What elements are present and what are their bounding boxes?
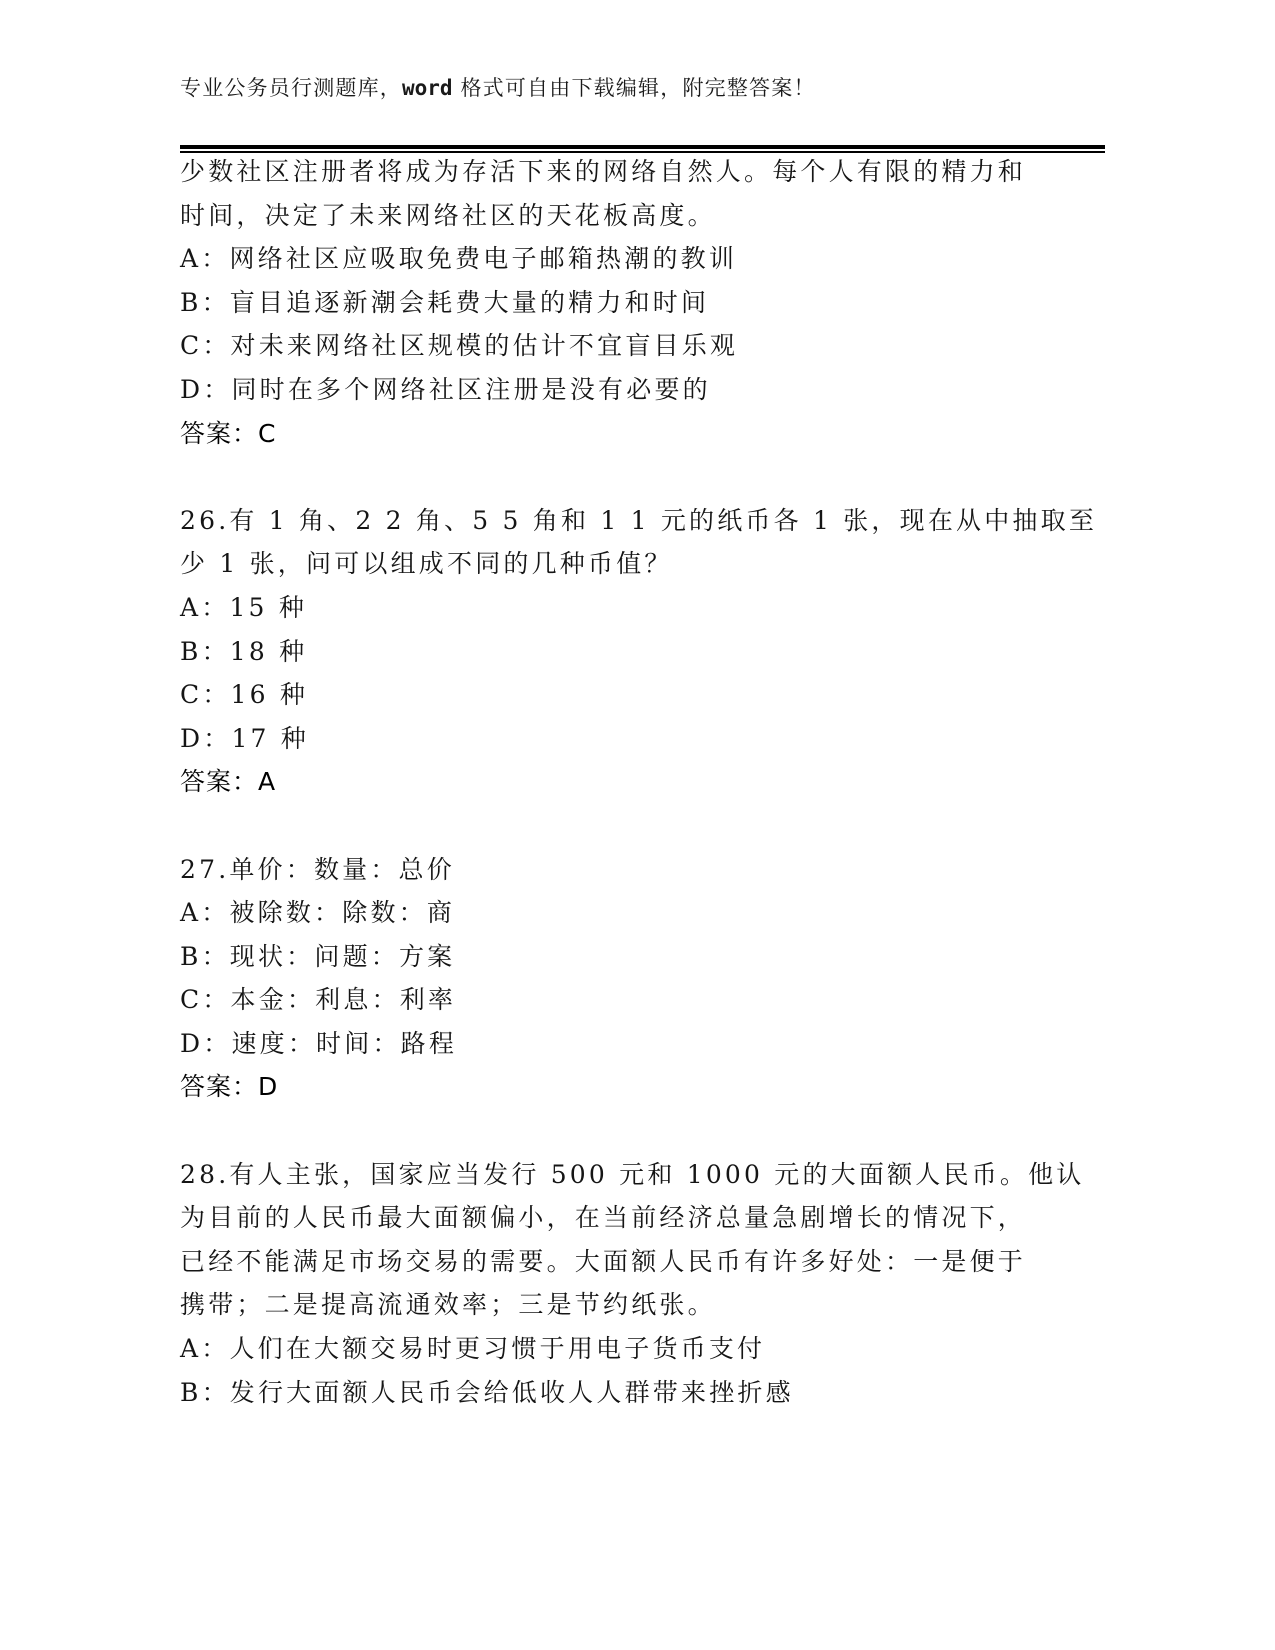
question-stem-line: 携带；二是提高流通效率；三是节约纸张。 xyxy=(180,1283,1040,1327)
option-a: A：人们在大额交易时更习惯于用电子货币支付 xyxy=(180,1327,1040,1371)
question-stem-line: 少 1 张，问可以组成不同的几种币值？ xyxy=(180,542,1040,586)
option-b: B：盲目追逐新潮会耗费大量的精力和时间 xyxy=(180,281,1040,325)
answer-label: 答案：A xyxy=(180,760,1040,804)
question-stem-line: 已经不能满足市场交易的需要。大面额人民币有许多好处：一是便于 xyxy=(180,1240,1040,1284)
question-stem-line: 少数社区注册者将成为存活下来的网络自然人。每个人有限的精力和 xyxy=(180,150,1040,194)
option-c: C：16 种 xyxy=(180,673,1040,717)
option-c: C：本金：利息：利率 xyxy=(180,978,1040,1022)
question-stem-line: 27.单价：数量：总价 xyxy=(180,848,1040,892)
option-a: A：网络社区应吸取免费电子邮箱热潮的教训 xyxy=(180,237,1040,281)
option-a: A：15 种 xyxy=(180,586,1040,630)
header-text-part1: 专业公务员行测题库， xyxy=(180,76,402,100)
document-page: 专业公务员行测题库，word 格式可自由下载编辑，附完整答案！ 少数社区注册者将… xyxy=(0,0,1275,1650)
answer-label: 答案：C xyxy=(180,412,1040,456)
option-b: B：现状：问题：方案 xyxy=(180,935,1040,979)
question-stem-line: 28.有人主张，国家应当发行 500 元和 1000 元的大面额人民币。他认 xyxy=(180,1153,1040,1197)
spacer xyxy=(180,804,1040,848)
question-stem-line: 为目前的人民币最大面额偏小，在当前经济总量急剧增长的情况下， xyxy=(180,1196,1040,1240)
document-body: 少数社区注册者将成为存活下来的网络自然人。每个人有限的精力和 时间，决定了未来网… xyxy=(180,150,1040,1414)
option-d: D：速度：时间：路程 xyxy=(180,1022,1040,1066)
option-d: D：同时在多个网络社区注册是没有必要的 xyxy=(180,368,1040,412)
header-text-word: word xyxy=(402,76,453,100)
spacer xyxy=(180,455,1040,499)
question-block-26: 26.有 1 角、2 2 角、5 5 角和 1 1 元的纸币各 1 张，现在从中… xyxy=(180,499,1040,804)
option-a: A：被除数：除数：商 xyxy=(180,891,1040,935)
question-block-27: 27.单价：数量：总价 A：被除数：除数：商 B：现状：问题：方案 C：本金：利… xyxy=(180,848,1040,1110)
option-c: C：对未来网络社区规模的估计不宜盲目乐观 xyxy=(180,324,1040,368)
option-d: D：17 种 xyxy=(180,717,1040,761)
option-b: B：18 种 xyxy=(180,630,1040,674)
spacer xyxy=(180,1109,1040,1153)
answer-label: 答案：D xyxy=(180,1065,1040,1109)
option-b: B：发行大面额人民币会给低收人人群带来挫折感 xyxy=(180,1371,1040,1415)
header-text-part2: 格式可自由下载编辑，附完整答案！ xyxy=(453,76,816,100)
header-rule-thick xyxy=(180,145,1105,149)
question-stem-line: 26.有 1 角、2 2 角、5 5 角和 1 1 元的纸币各 1 张，现在从中… xyxy=(180,499,1040,543)
question-stem-line: 时间，决定了未来网络社区的天花板高度。 xyxy=(180,194,1040,238)
question-block-28: 28.有人主张，国家应当发行 500 元和 1000 元的大面额人民币。他认 为… xyxy=(180,1153,1040,1415)
page-header: 专业公务员行测题库，word 格式可自由下载编辑，附完整答案！ xyxy=(180,74,816,102)
question-block-25: 少数社区注册者将成为存活下来的网络自然人。每个人有限的精力和 时间，决定了未来网… xyxy=(180,150,1040,455)
